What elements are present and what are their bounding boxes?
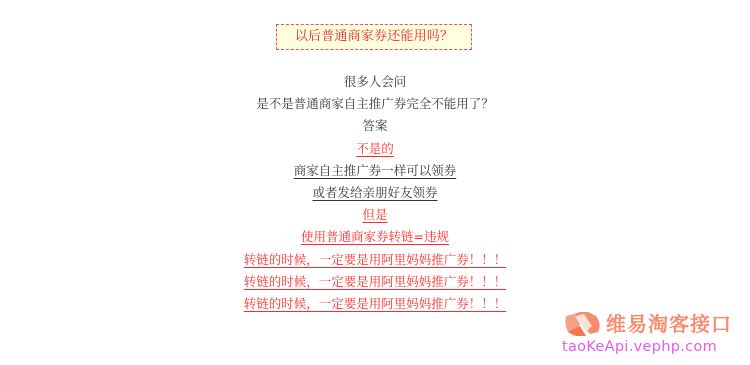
title-box: 以后普通商家券还能用吗？ <box>276 24 472 50</box>
text-line-red: 不是的 <box>0 138 750 160</box>
text-line-red: 转链的时候，一定要是用阿里妈妈推广券！！！ <box>0 271 750 293</box>
text-line-red: 但是 <box>0 204 750 226</box>
title-text: 以后普通商家券还能用吗？ <box>295 29 453 44</box>
logo-mark-icon <box>562 310 602 338</box>
logo-name: 维易淘客接口 <box>606 310 732 338</box>
text-line: 是不是普通商家自主推广券完全不能用了？ <box>0 93 750 115</box>
text-line: 很多人会问 <box>0 71 750 93</box>
article-content: 很多人会问 是不是普通商家自主推广券完全不能用了？ 答案 不是的 商家自主推广券… <box>0 71 750 315</box>
text-line-red: 转链的时候，一定要是用阿里妈妈推广券！！！ <box>0 249 750 271</box>
text-line-underlined: 或者发给亲朋好友领券 <box>0 182 750 204</box>
watermark-logo: 维易淘客接口 taoKeApi.vephp.com <box>562 308 748 358</box>
logo-url: taoKeApi.vephp.com <box>562 338 717 356</box>
text-line-red: 使用普通商家券转链=违规 <box>0 226 750 248</box>
text-line: 答案 <box>0 115 750 137</box>
text-line-underlined: 商家自主推广券一样可以领券 <box>0 160 750 182</box>
